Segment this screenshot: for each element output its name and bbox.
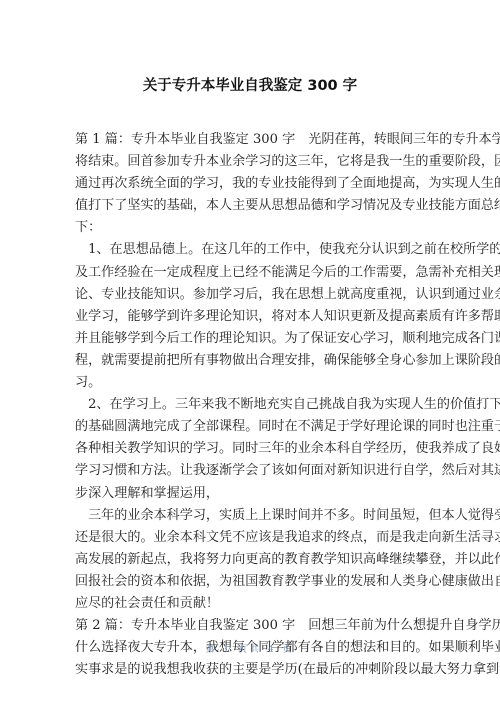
document-body: 第 1 篇：专升本毕业自我鉴定 300 字 光阴荏苒，转眼间三年的专升本学习即将…	[75, 129, 424, 681]
text-line: 程，就需要提前把所有事物做出合理安排，确保能够全身心参加上课阶段的学	[75, 350, 424, 372]
text-line: 各种相关教学知识的学习。同时三年的业余本科自学经历，使我养成了良好的	[75, 438, 424, 460]
text-line: 高发展的新起点，我将努力向更高的教育教学知识高峰继续攀登，并以此作为	[75, 549, 424, 571]
page-number-footer: 第 1 页共 4 页	[0, 642, 500, 655]
text-line: 三年的业余本科学习，实质上上课时间并不多。时间虽短，但本人觉得受益	[75, 505, 424, 527]
text-line: 步深入理解和掌握运用，	[75, 483, 424, 505]
text-line: 还是很大的。业余本科文凭不应该是我追求的终点，而是我走向新生活寻求更	[75, 527, 424, 549]
text-line: 的基础圆满地完成了全部课程。同时在不满足于学好理论课的同时也注重于对	[75, 416, 424, 438]
text-line: 论、专业技能知识。参加学习后，我在思想上就高度重视，认识到通过业余专	[75, 284, 424, 306]
document-page: 关于专升本毕业自我鉴定 300 字 第 1 篇：专升本毕业自我鉴定 300 字 …	[0, 0, 500, 707]
text-line: 及工作经验在一定成程度上已经不能满足今后的工作需要，急需补充相关理	[75, 262, 424, 284]
text-line: 实事求是的说我想我收获的主要是学历(在最后的冲刺阶段以最大努力拿到学士	[75, 659, 424, 681]
text-line: 习。	[75, 372, 424, 394]
text-line: 下：	[75, 217, 424, 239]
text-line: 并且能够学到今后工作的理论知识。为了保证安心学习，顺利地完成各门课	[75, 328, 424, 350]
text-line: 应尽的社会责任和贡献！	[75, 593, 424, 615]
text-line: 第 2 篇：专升本毕业自我鉴定 300 字 回想三年前为什么想提升自身学历，为	[75, 615, 424, 637]
text-line: 通过再次系统全面的学习，我的专业技能得到了全面地提高，为实现人生的价	[75, 173, 424, 195]
text-line: 回报社会的资本和依据，为祖国教育教学事业的发展和人类身心健康做出自己	[75, 571, 424, 593]
document-title: 关于专升本毕业自我鉴定 300 字	[0, 74, 500, 95]
text-line: 学习习惯和方法。让我逐渐学会了该如何面对新知识进行自学，然后对其进一	[75, 460, 424, 482]
text-line: 2、在学习上。三年来我不断地充实自己挑战自我为实现人生的价值打下坚实	[75, 394, 424, 416]
text-line: 值打下了坚实的基础，本人主要从思想品德和学习情况及专业技能方面总结如	[75, 195, 424, 217]
text-line: 将结束。回首参加专升本业余学习的这三年，它将是我一生的重要阶段，因为	[75, 151, 424, 173]
text-line: 1、在思想品德上。在这几年的工作中，使我充分认识到之前在校所学的知识	[75, 239, 424, 261]
text-line: 第 1 篇：专升本毕业自我鉴定 300 字 光阴荏苒，转眼间三年的专升本学习即	[75, 129, 424, 151]
text-line: 业学习，能够学到许多理论知识，将对本人知识更新及提高素质有许多帮助，	[75, 306, 424, 328]
